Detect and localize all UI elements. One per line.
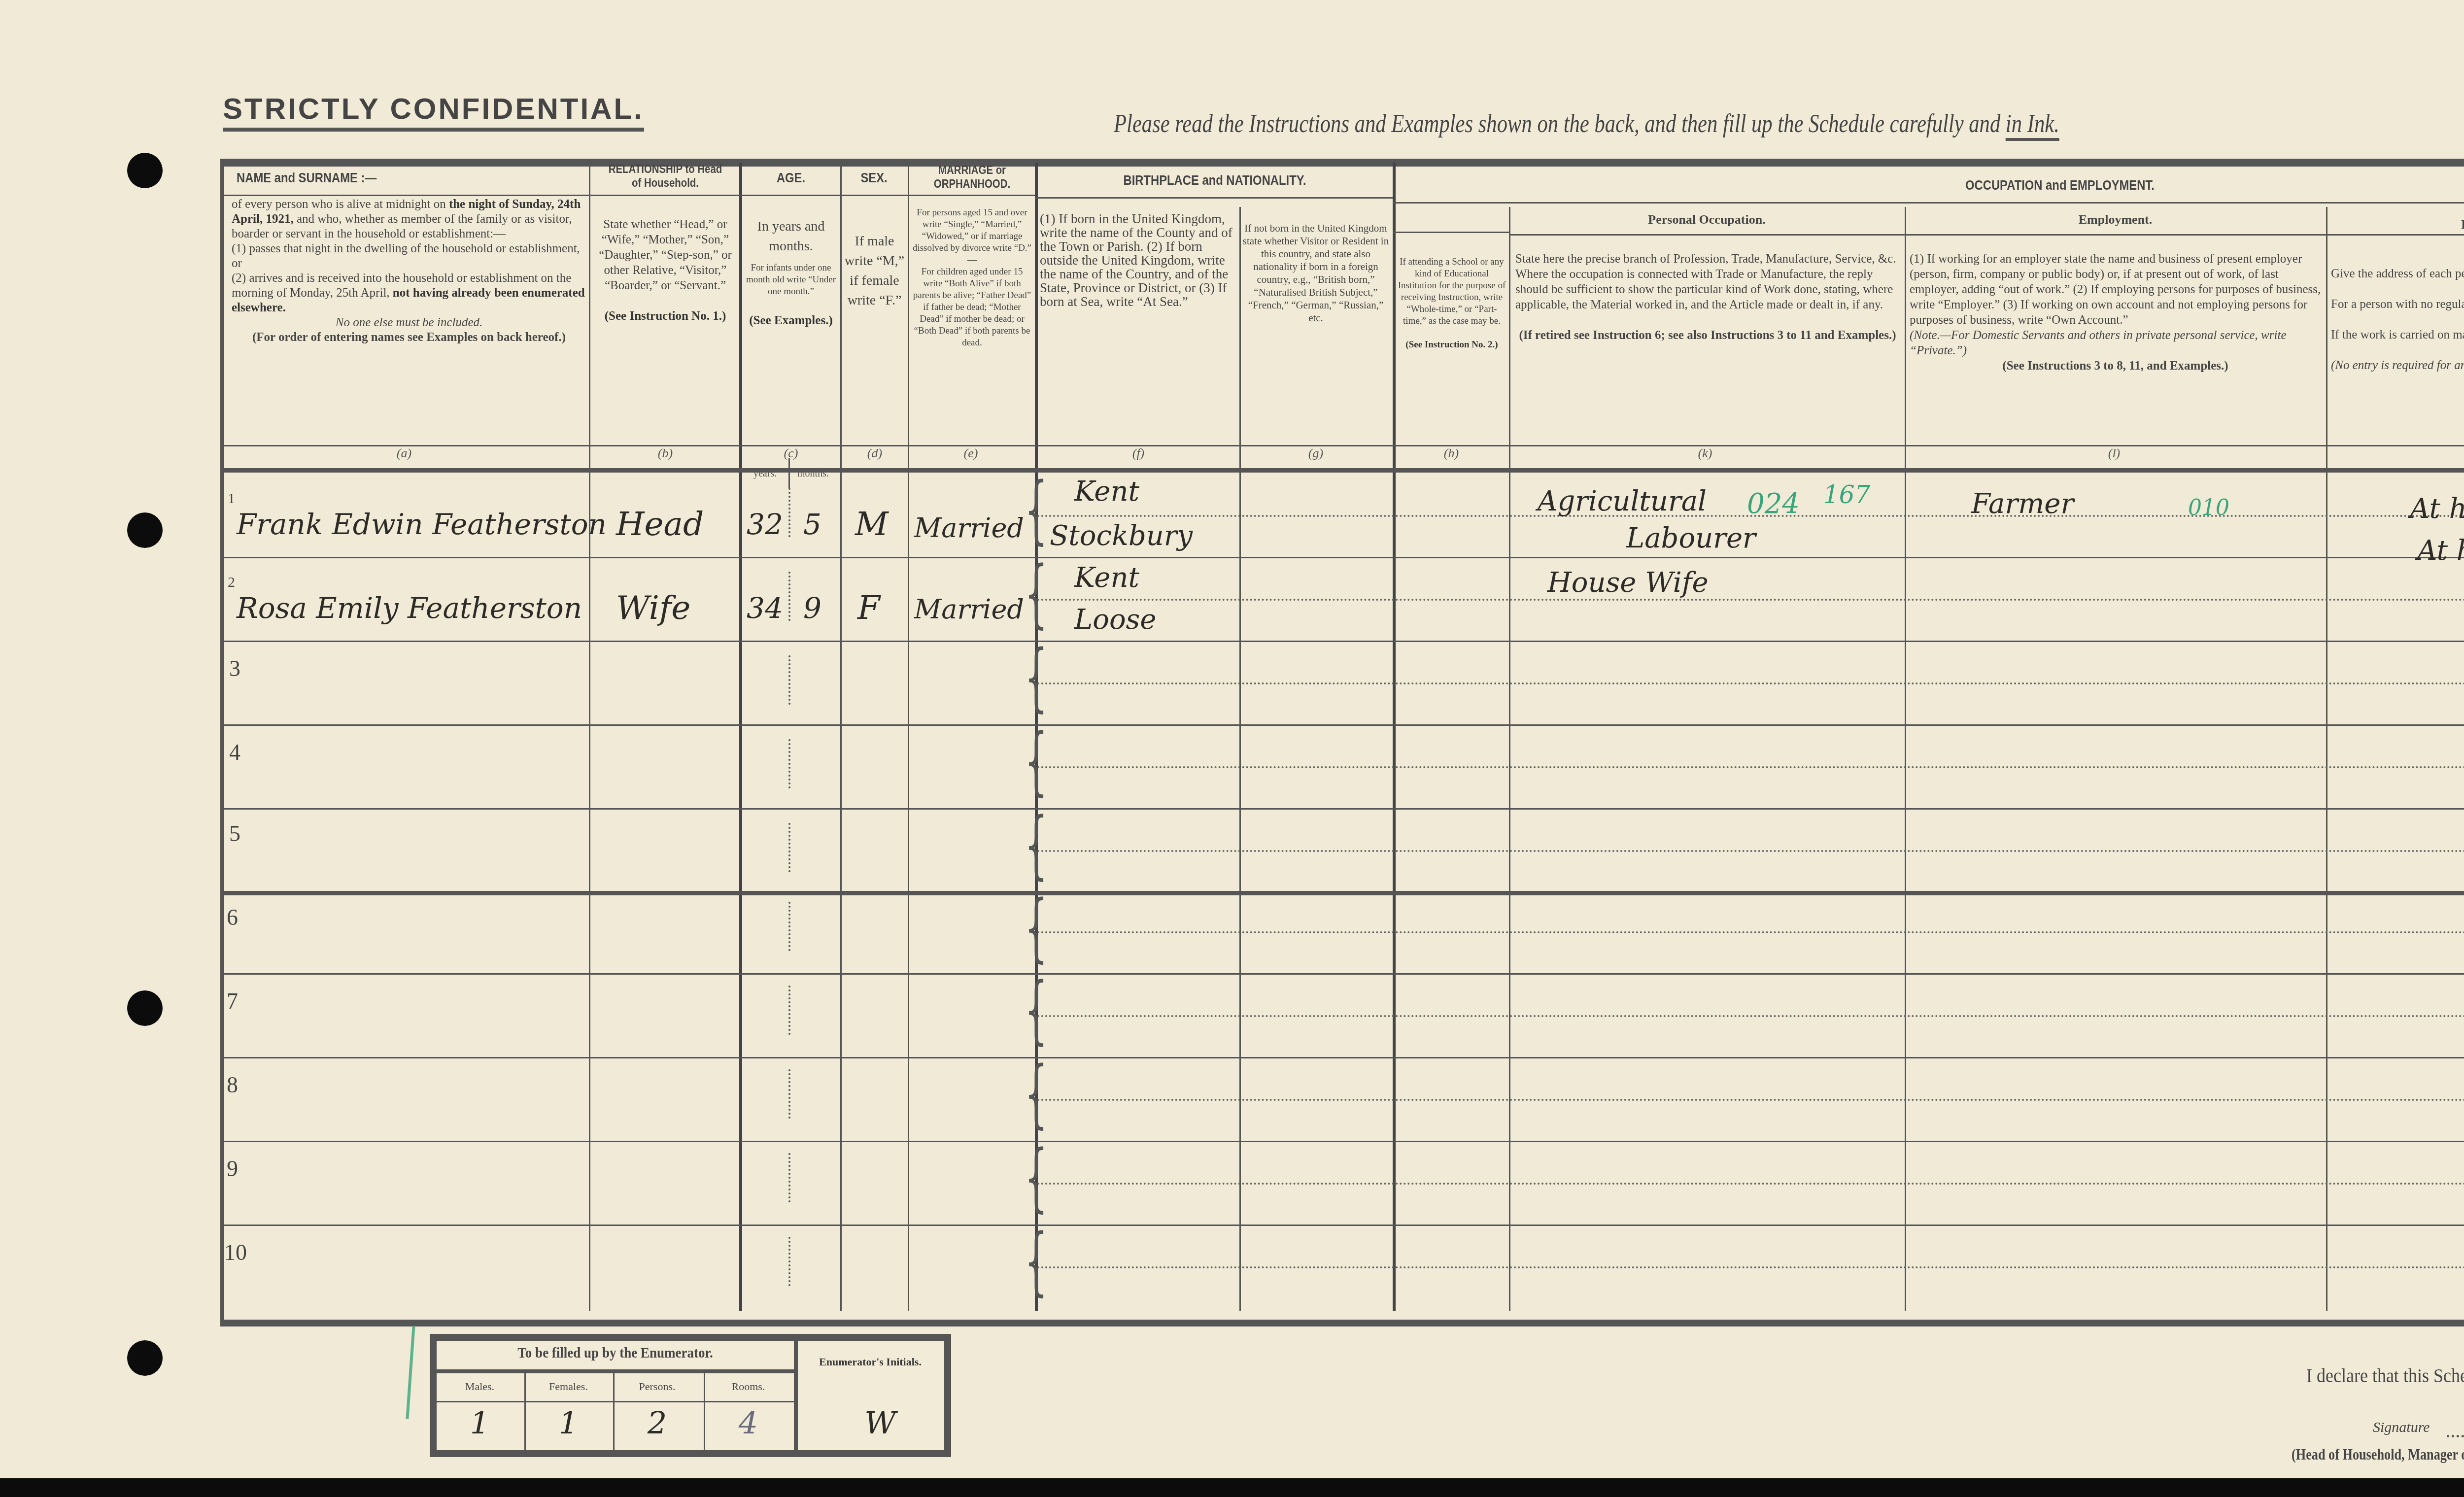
col-f-instructions: (1) If born in the United Kingdom, write… <box>1040 212 1237 308</box>
row2-marriage[interactable]: Married <box>914 594 1024 625</box>
row2-name[interactable]: Rosa Emily Featherston <box>237 591 582 625</box>
signature-label: Signature <box>2373 1419 2430 1436</box>
rooms-label: Rooms. <box>705 1380 791 1393</box>
row1-name[interactable]: Frank Edwin Featherston <box>237 508 607 541</box>
scan-edge <box>0 1478 2464 1497</box>
col-d-instructions: If male write “M,” if female write “F.” <box>844 232 905 310</box>
punch-hole <box>127 990 163 1026</box>
col-h-instructions: If attending a School or any kind of Edu… <box>1396 256 1508 351</box>
row1-marriage[interactable]: Married <box>914 512 1024 544</box>
row-number: 9 <box>227 1156 238 1182</box>
females-label: Females. <box>525 1380 612 1393</box>
top-instruction: Please read the Instructions and Example… <box>1114 109 2059 138</box>
females-value[interactable]: 1 <box>525 1405 612 1441</box>
row-number: 2 <box>228 574 235 591</box>
row-number: 4 <box>229 739 240 765</box>
row1-birthplace-town[interactable]: Stockbury <box>1050 520 1193 552</box>
col-a-title: NAME and SURNAME :— <box>237 170 404 186</box>
col-d-title: SEX. <box>845 170 902 186</box>
col-g-instructions: If not born in the United Kingdom state … <box>1242 222 1390 324</box>
row2-occupation[interactable]: House Wife <box>1547 567 1709 599</box>
green-check-mark <box>406 1326 415 1419</box>
row-number: 10 <box>224 1239 247 1265</box>
row1-relationship[interactable]: Head <box>616 505 704 543</box>
ink-emphasis: in Ink. <box>2006 110 2059 141</box>
row1-birthplace-county[interactable]: Kent <box>1074 476 1139 508</box>
rooms-value[interactable]: 4 <box>705 1405 791 1441</box>
row1-employment-code: 010 <box>2188 495 2229 520</box>
enumerator-initials-value[interactable]: W <box>821 1405 939 1441</box>
row-number: 5 <box>229 820 240 847</box>
row-number: 6 <box>227 904 238 930</box>
males-value[interactable]: 1 <box>437 1405 523 1441</box>
signature-line <box>2447 1435 2464 1437</box>
row2-birthplace-town[interactable]: Loose <box>1074 604 1157 636</box>
row1-place-of-work[interactable]: At home <box>2410 493 2464 525</box>
enumerator-summary-box: To be filled up by the Enumerator. Enume… <box>430 1334 951 1457</box>
col-e-instructions: For persons aged 15 and over write “Sing… <box>912 207 1032 349</box>
row2-birthplace-county[interactable]: Kent <box>1074 562 1139 594</box>
col-k-title: Personal Occupation. <box>1509 212 1905 227</box>
col-a-instructions: of every person who is alive at midnight… <box>232 197 586 345</box>
col-f-group-title: BIRTHPLACE and NATIONALITY. <box>1064 172 1366 188</box>
row-number: 1 <box>228 490 235 507</box>
row1-sex[interactable]: M <box>855 505 889 543</box>
col-m-instructions: Give the address of each person’s place … <box>2331 266 2464 373</box>
persons-value[interactable]: 2 <box>614 1405 700 1441</box>
enumerator-box-title: To be filled up by the Enumerator. <box>454 1345 776 1361</box>
row-number: 7 <box>227 988 238 1014</box>
row2-age-years[interactable]: 34 <box>747 591 783 625</box>
row1-employment[interactable]: Farmer <box>1971 488 2074 520</box>
col-l-title: Employment. <box>1905 212 2326 227</box>
col-e-title: MARRIAGE or ORPHANHOOD. <box>919 164 1026 191</box>
enumerator-initials-label: Enumerator's Initials. <box>799 1356 942 1368</box>
row2-age-months[interactable]: 9 <box>803 591 821 625</box>
col-c-title: AGE. <box>749 170 833 186</box>
punch-hole <box>127 512 163 548</box>
males-label: Males. <box>437 1380 523 1393</box>
col-l-instructions: (1) If working for an employer state the… <box>1910 251 2321 374</box>
punch-hole <box>127 1340 163 1376</box>
row1-age-months[interactable]: 5 <box>803 508 821 541</box>
signature-caption: (Head of Household, Manager of Establish… <box>2292 1445 2464 1463</box>
persons-label: Persons. <box>614 1380 700 1393</box>
col-c-instructions: In years and months. For infants under o… <box>744 217 838 328</box>
row1-occupation-code: 024 <box>1747 488 1800 520</box>
row1-occupation-line1[interactable]: Agricultural <box>1538 485 1707 517</box>
row-number: 3 <box>229 655 240 681</box>
row1-occupation-code2: 167 <box>1823 480 1870 509</box>
row2-place-of-work[interactable]: At home. <box>2417 535 2464 567</box>
punch-hole <box>127 153 163 188</box>
col-k-instructions: State here the precise branch of Profess… <box>1515 251 1900 343</box>
document-title: STRICTLY CONFIDENTIAL. <box>223 92 644 132</box>
col-b-instructions: State whether “Head,” or “Wife,” “Mother… <box>594 217 737 324</box>
col-b-title: RELATIONSHIP to Head of Household. <box>603 163 728 190</box>
col-m-title: Place of Work. <box>2326 217 2464 232</box>
row1-occupation-line2[interactable]: Labourer <box>1626 522 1756 554</box>
declaration-text: I declare that this Schedule is correctl… <box>2306 1364 2464 1387</box>
row2-sex[interactable]: F <box>857 589 880 627</box>
row-number: 8 <box>227 1072 238 1098</box>
row2-relationship[interactable]: Wife <box>616 589 690 627</box>
col-occupation-group-title: OCCUPATION and EMPLOYMENT. <box>1914 177 2207 193</box>
row1-age-years[interactable]: 32 <box>747 508 783 541</box>
